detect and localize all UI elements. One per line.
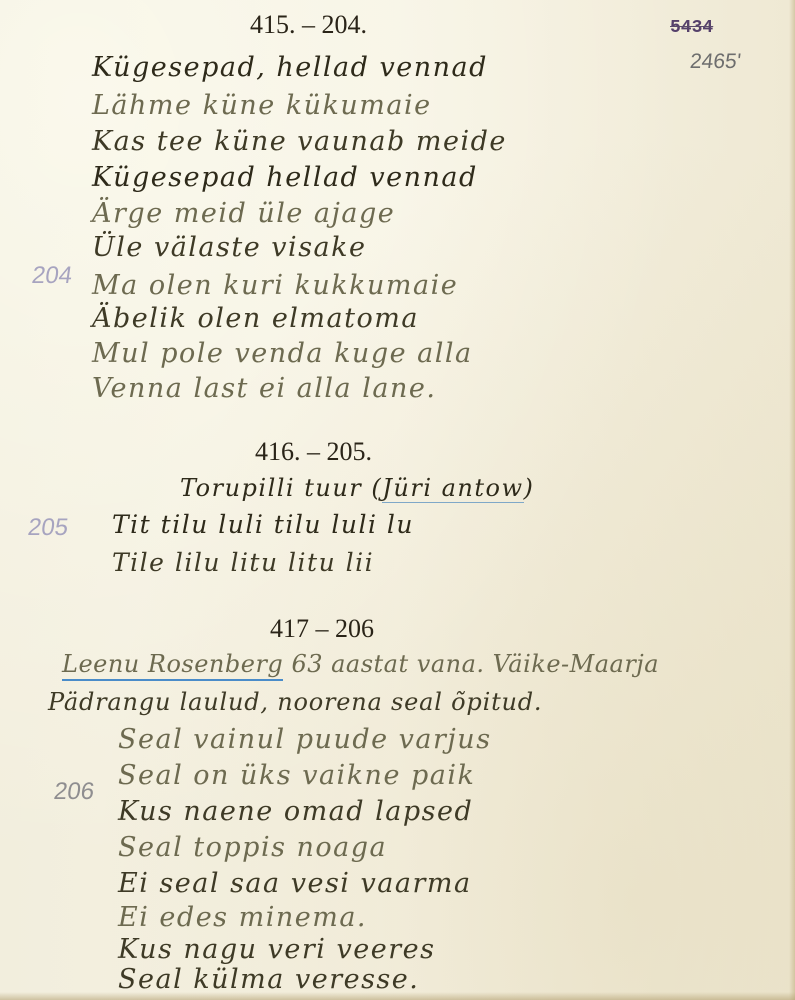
song-417-line-1: Seal vainul puude varjus (118, 724, 492, 755)
song-415-line-9: Mul pole venda kuge alla (92, 338, 473, 369)
song-417-line-3: Kus naene omad lapsed (118, 796, 473, 827)
song-415-line-2: Lähme küne kükumaie (92, 90, 432, 121)
song-417-intro-line-2: Pädrangu laulud, noorena seal õpitud. (48, 688, 542, 716)
page-bottom-edge (0, 992, 795, 1000)
song-417-line-2: Seal on üks vaikne paik (118, 760, 475, 791)
song-416-title-note-open: ( (371, 474, 382, 502)
song-415-line-8: Äbelik olen elmatoma (92, 303, 419, 334)
song-417-line-7: Kus nagu veri veeres (118, 934, 435, 965)
archive-pencil-number: 2465' (689, 50, 742, 74)
margin-number-204: 204 (30, 262, 74, 290)
song-417-line-4: Seal toppis noaga (118, 832, 387, 863)
song-417-informant-line: Leenu Rosenberg 63 aastat vana. Väike-Ma… (62, 650, 659, 678)
song-heading-415: 415. – 204. (250, 10, 367, 40)
manuscript-page: 5434 2465' 415. – 204. Kügesepad, hellad… (0, 0, 795, 1000)
song-415-line-1: Kügesepad, hellad vennad (92, 52, 488, 83)
informant-name: Leenu Rosenberg (62, 650, 283, 681)
margin-number-205: 205 (26, 514, 70, 542)
song-416-line-1: Tit tilu luli tilu luli lu (112, 510, 414, 539)
song-417-line-8: Seal külma veresse. (118, 964, 419, 995)
margin-number-206: 206 (52, 778, 96, 806)
song-416-title-note: Jüri antow (382, 474, 523, 503)
song-417-line-6: Ei edes minema. (118, 902, 367, 933)
informant-details: 63 aastat vana. Väike-Maarja (291, 650, 659, 678)
archive-stamp-number: 5434 (670, 18, 713, 38)
song-415-line-3: Kas tee küne vaunab meide (92, 126, 507, 157)
song-415-line-4: Kügesepad hellad vennad (92, 162, 478, 193)
song-416-title-text: Torupilli tuur (180, 474, 362, 502)
song-415-line-5: Ärge meid üle ajage (92, 198, 395, 229)
song-415-line-6: Üle välaste visake (92, 232, 366, 263)
song-417-line-5: Ei seal saa vesi vaarma (118, 868, 472, 899)
song-415-line-10: Venna last ei alla lane. (92, 373, 436, 404)
song-416-title: Torupilli tuur (Jüri antow) (180, 474, 534, 502)
song-416-title-note-close: ) (524, 474, 535, 502)
song-415-line-7: Ma olen kuri kukkumaie (92, 270, 458, 301)
song-heading-417: 417 – 206 (270, 614, 374, 644)
song-416-line-2: Tile lilu litu litu lii (112, 548, 374, 577)
song-heading-416: 416. – 205. (255, 437, 372, 467)
